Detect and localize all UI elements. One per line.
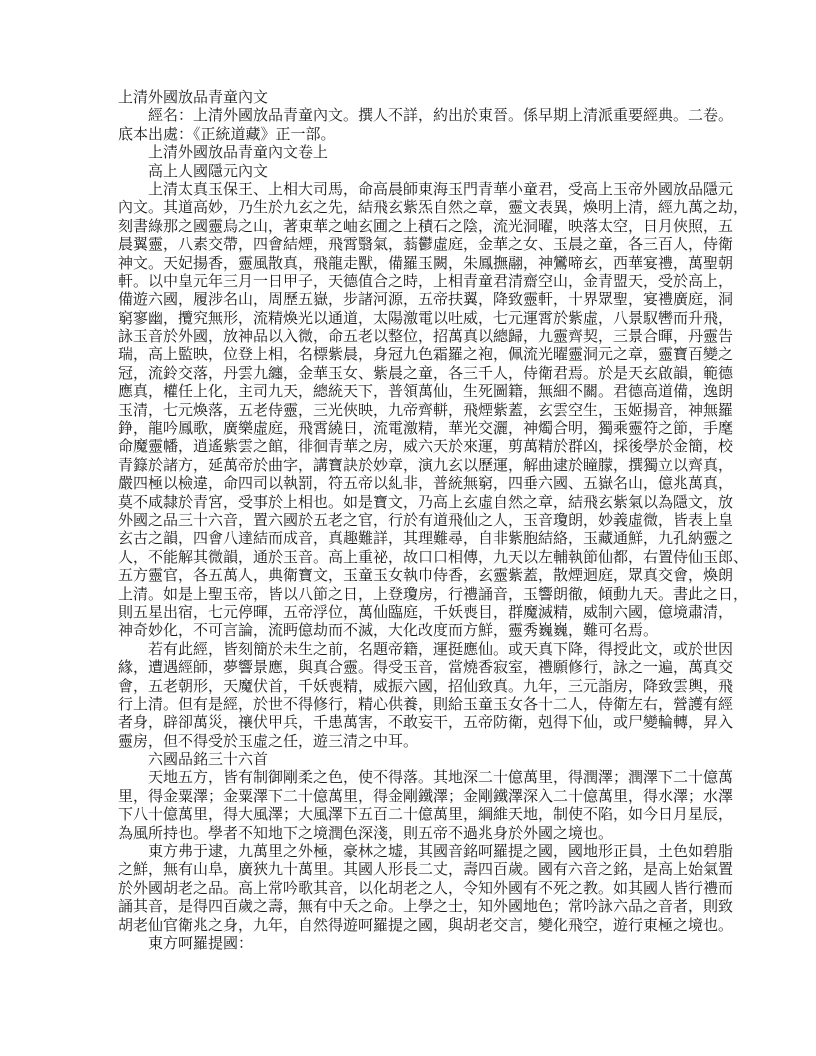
text-line: 神奇妙化，不可言論，流眄億劫而不滅，大化改度而方鮮，靈秀巍巍，難可名焉。 [118, 621, 701, 639]
text-line: 於外國胡老之品。高上常吟歌其音，以化胡老之人，令知外國有不死之教。如其國人皆行禮… [118, 879, 701, 897]
text-line: 窮寥幽，攬究無形，流精煥光以通道，太陽激電以吐威，七元運霄於紫虛，八景馭轡而升飛… [118, 309, 701, 327]
text-line: 命魔靈幡，逍遙紫雲之館，徘徊青華之房，威六天於來運，剪萬精於群凶，採後學於金簡，… [118, 437, 701, 455]
text-line: 東方弗于逮，九萬里之外極，豪林之墟，其國音銘呵羅提之國，國地形正員，土色如碧脂 [118, 842, 701, 860]
text-line: 則五星出宿，七元停暉，五帝浮位，萬仙臨庭，千妖喪目，群魔滅精，威制六國，億境肅清… [118, 603, 701, 621]
text-line: 上清外國放品青童內文卷上 [118, 143, 701, 161]
text-line: 緣，遭遇經師，夢響景應，與真合靈。得受玉音，當燒香寂室，禮願修行，詠之一遍，萬真… [118, 658, 701, 676]
text-line: 靈房，但不得受於玉虛之任，遊三清之中耳。 [118, 732, 701, 750]
text-line: 莫不咸隸於青宮，受事於上相也。如是寶文，乃高上玄虛自然之章，結飛玄紫氣以為隱文，… [118, 493, 701, 511]
text-line: 外國之品三十六音，置六國於五老之官，行於有道飛仙之人，玉音瓊朗，妙義虛微，皆表上… [118, 511, 701, 529]
document-title: 上清外國放品青童內文 [118, 88, 701, 106]
text-line: 會，五老朝形，天魔伏首，千妖喪精，威振六國，招仙致真。九年，三元詣房，降致雲輿，… [118, 677, 701, 695]
text-line: 刻書綠那之國靈烏之山，著東華之岫玄圃之上積石之陰，流光洞曜，映落太空，日月俠照，… [118, 217, 701, 235]
text-line: 高上人國隱元內文 [118, 162, 701, 180]
text-line: 錚，龍吟鳳歌，廣樂虛庭，飛霄繞日，流電激精，華光交灑，神燭合明，獨乘靈符之節，手… [118, 419, 701, 437]
document-page: 上清外國放品青童內文經名：上清外國放品青童內文。撰人不詳，約出於東晉。係早期上清… [118, 88, 701, 952]
text-line: 軒。以中皇元年三月一日甲子，天德值合之時，上相青童君清齋空山，金青盟天，受於高上… [118, 272, 701, 290]
text-line: 玉清，七元煥落，五老侍靈，三光俠映，九帝齊軿，飛煙紫蓋，玄雲空生，玉姬揚音，神無… [118, 401, 701, 419]
text-line: 天地五方，皆有制御剛柔之色，使不得落。其地深二十億萬里，得潤澤；潤澤下二十億萬 [118, 768, 701, 786]
text-line: 誦其音，是得四百歲之壽，無有中夭之命。上學之士，知外國地色；常吟詠六品之音者，則… [118, 897, 701, 915]
text-line: 內文。其道高妙，乃生於九玄之先，結飛玄紫炁自然之章，靈文表異，煥明上清，經九萬之… [118, 198, 701, 216]
text-line: 玄古之韻，四會八達結而成音，真趣難詳，其理難尋，自非紫胞結絡，玉藏通鮮，九孔納靈… [118, 529, 701, 547]
text-line: 應真，權任上化，主司九天，總統天下，普領萬仙，生死圖籍，無細不關。君德高道備，逸… [118, 382, 701, 400]
text-line: 詠玉音於外國，放神品以入微，命五老以整位，招萬真以總歸，九靈齊契，三景合暉，丹靈… [118, 327, 701, 345]
text-line: 胡老仙官衛兆之身，九年，自然得遊呵羅提之國，與胡老交言，變化飛空，遊行東極之境也… [118, 916, 701, 934]
text-line: 若有此經，皆刻簡於未生之前，名題帝籍，運挺應仙。或天真下降，得授此文，或於世因 [118, 640, 701, 658]
text-line: 行上清。但有是經，於世不得修行，精心供養，則給玉童玉女各十二人，侍衛左右，營護有… [118, 695, 701, 713]
text-line: 上清。如是上聖玉帝，皆以八節之日，上登瓊房，行禮誦音，玉響朗徹，傾動九天。書此之… [118, 585, 701, 603]
text-line: 青籙於諸方，延萬帝於曲字，講寶訣於妙章，演九玄以歷運，解曲逮於瞳朦，撰獨立以齊真… [118, 456, 701, 474]
text-line: 冠，流鈴交落，丹雲九纏，金華玉女、紫晨之童，各三千人，侍衛君焉。於是天玄啟韻，範… [118, 364, 701, 382]
text-line: 經名：上清外國放品青童內文。撰人不詳，約出於東晉。係早期上清派重要經典。二卷。 [118, 106, 701, 124]
text-line: 人，不能解其微韻，通於玉音。高上重祕，故口口相傳，九天以左輔執節仙都，右置侍仙玉… [118, 548, 701, 566]
text-line: 六國品銘三十六首 [118, 750, 701, 768]
text-line: 五方靈官，各五萬人，典衛寶文，玉童玉女執巾侍香，玄靈紫蓋，散煙迴庭，眾真交會，煥… [118, 566, 701, 584]
text-line: 底本出處：《正統道藏》正一部。 [118, 125, 701, 143]
text-line: 晨翼靈，八素交帶，四會結煙，飛霄翳氣，蓊鬱虛庭，金華之女、玉晨之童，各三百人，侍… [118, 235, 701, 253]
text-line: 者身，辟卻萬災，禳伏甲兵，千患萬害，不敢妄干，五帝防衛，剋得下仙，或尸變輪轉，昇… [118, 713, 701, 731]
text-line: 嚴四極以檢違，命四司以執罰，符五帝以糺非，普統無窮，四垂六國、五嶽名山，億兆萬真… [118, 474, 701, 492]
text-line: 下八十億萬里，得大風澤；大風澤下五百二十億萬里，綱維天地，制使不陷，如今日月星辰… [118, 805, 701, 823]
text-line: 神文。天妃揚香，靈風散真，飛龍走獸，備羅玉闕，朱鳳撫翮，神鸞啼玄，西華宴禮，萬聖… [118, 254, 701, 272]
text-line: 上清太真玉保王、上相大司馬，命高晨師東海玉門青華小童君，受高上玉帝外國放品隱元 [118, 180, 701, 198]
text-line: 東方呵羅提國： [118, 934, 701, 952]
text-line: 里，得金粟澤；金粟澤下二十億萬里，得金剛鐵澤；金剛鐵澤深入二十億萬里，得水澤；水… [118, 787, 701, 805]
text-line: 為風所持也。學者不知地下之境潤色深淺，則五帝不過兆身於外國之境也。 [118, 824, 701, 842]
text-line: 之鮮，無有山阜，廣狹九十萬里。其國人形長二丈，壽四百歲。國有六音之銘，是高上始氣… [118, 860, 701, 878]
text-line: 備遊六國，履涉名山，周歷五嶽，步諸河源，五帝扶翼，降致靈軒，十界眾聖，宴禮廣庭，… [118, 290, 701, 308]
text-line: 瑞，高上監映，位登上相，名標紫晨，身冠九色霜羅之袍，佩流光曜靈洞元之章，靈寶百變… [118, 345, 701, 363]
